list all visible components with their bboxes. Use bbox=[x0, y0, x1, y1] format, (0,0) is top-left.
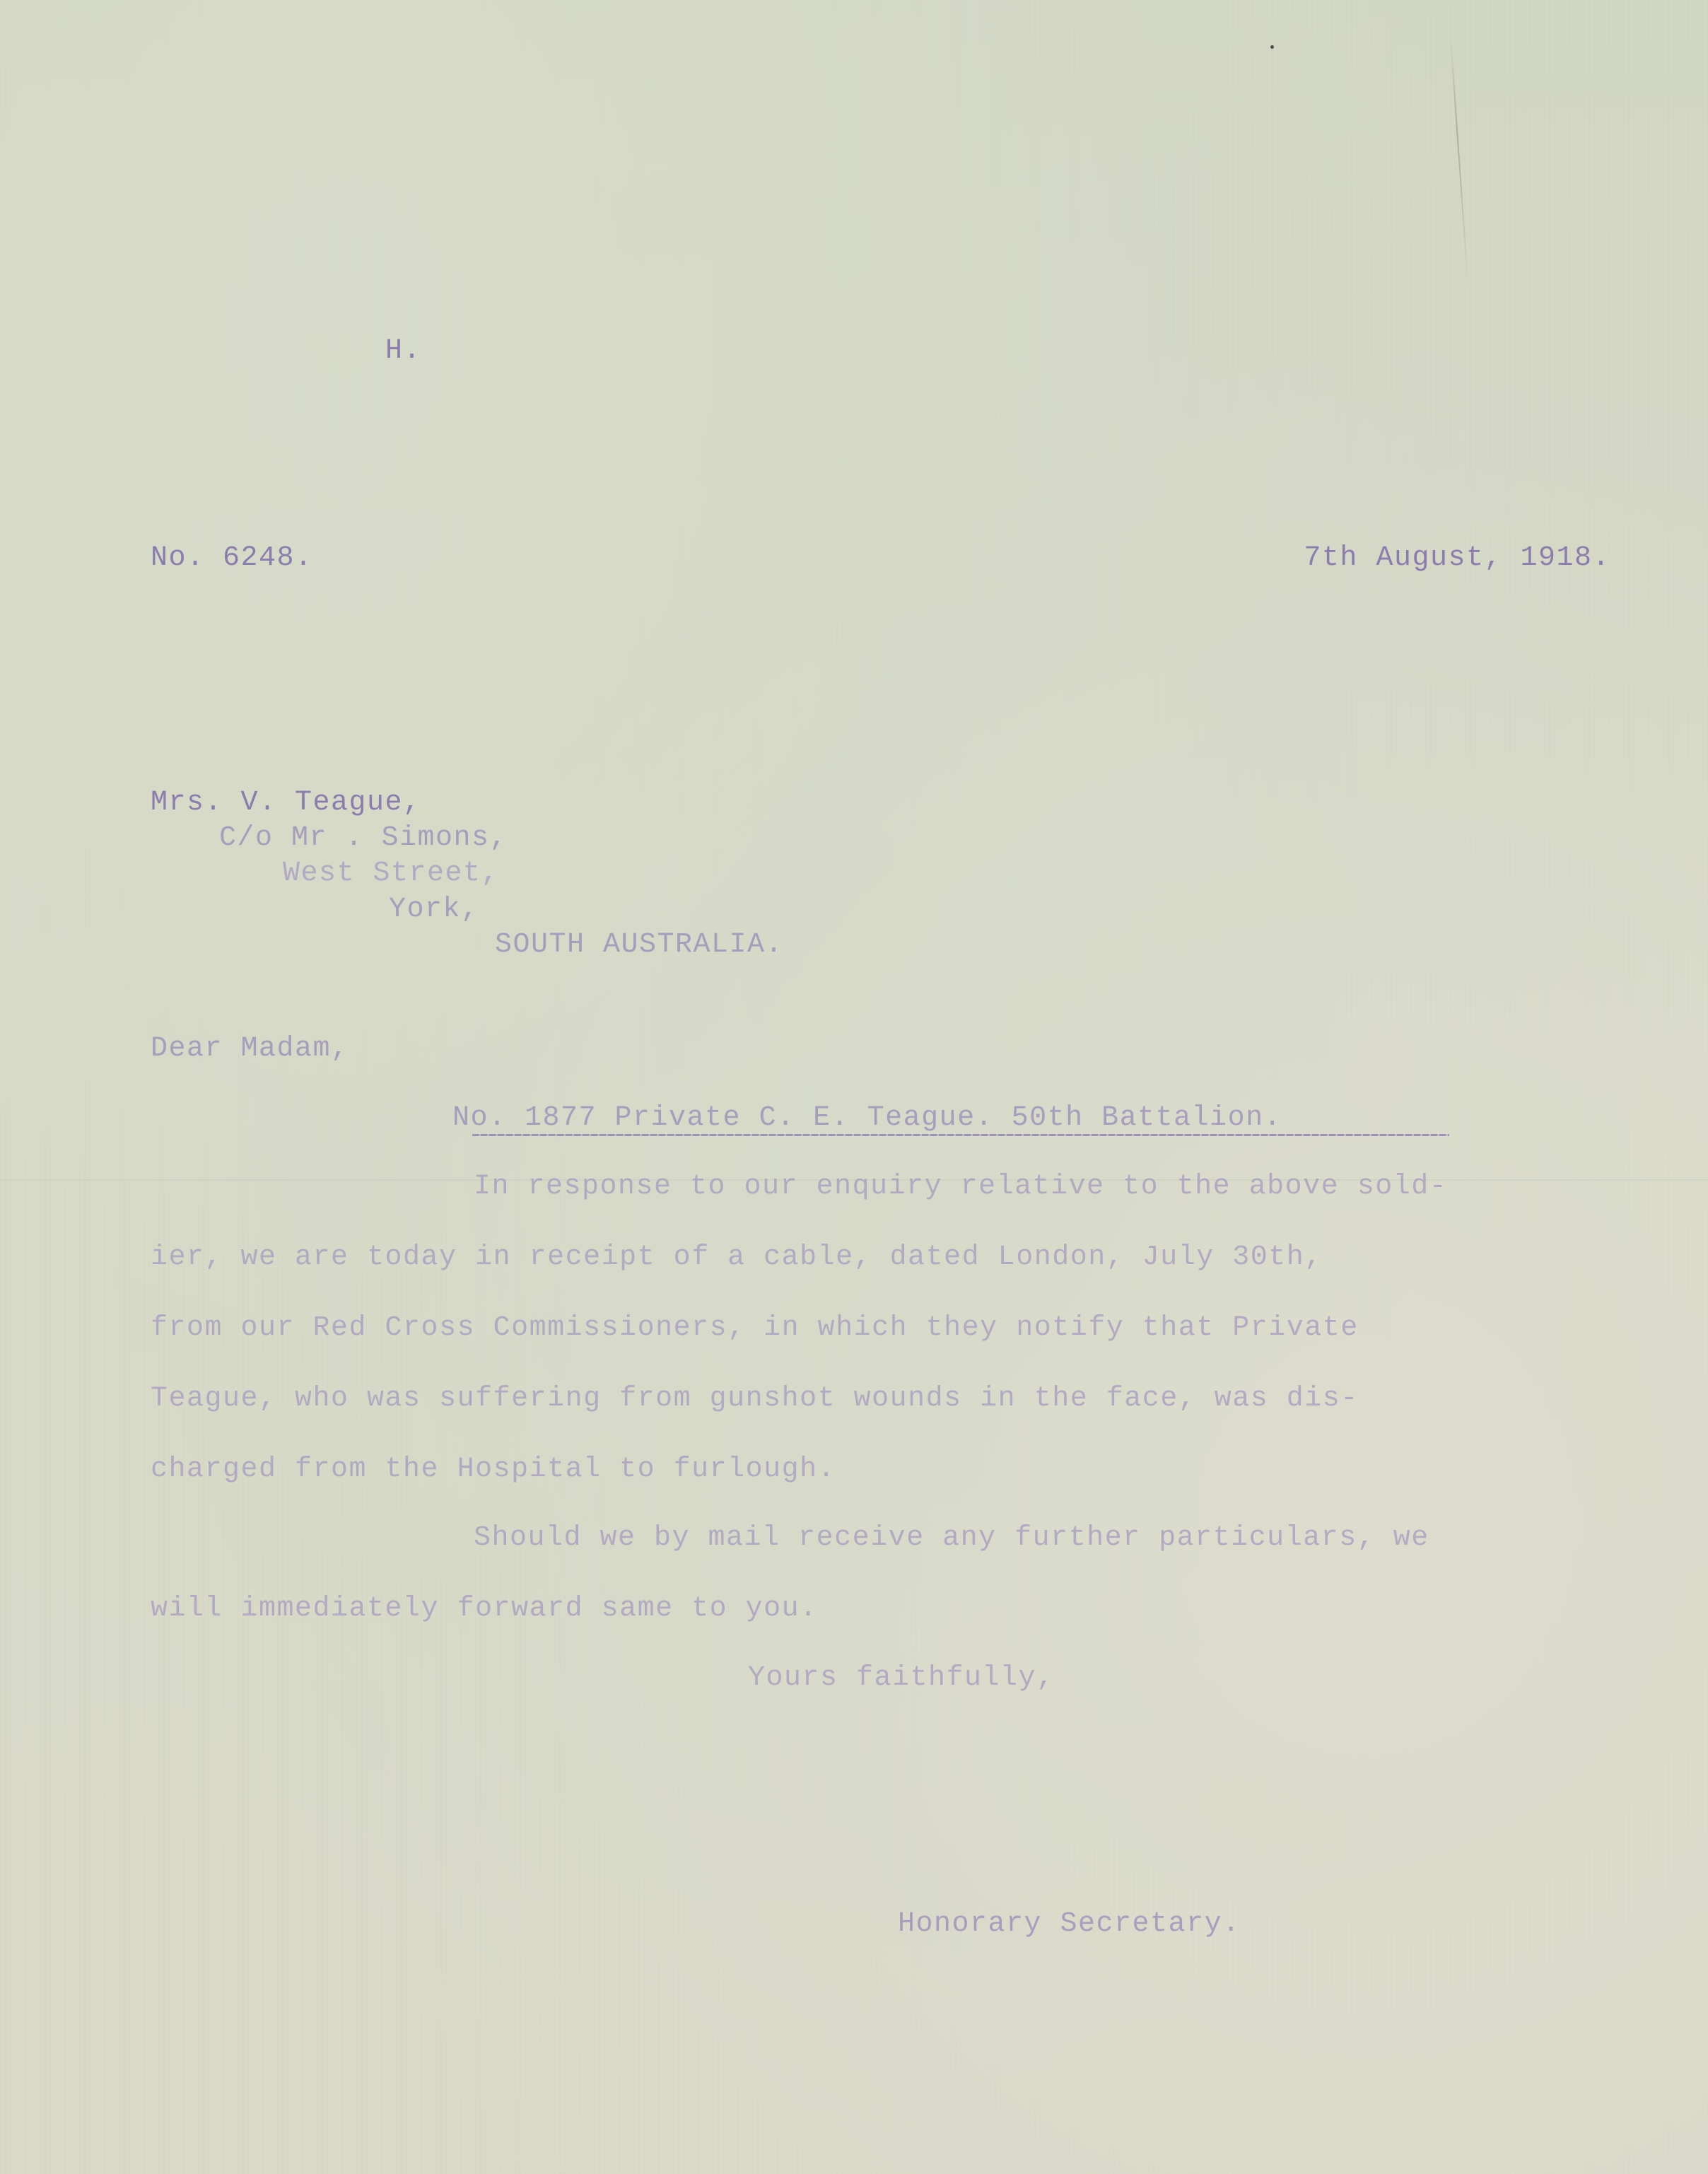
subject-underline bbox=[472, 1134, 1449, 1136]
body-line: ier, we are today in receipt of a cable,… bbox=[151, 1241, 1323, 1275]
recipient-state: SOUTH AUSTRALIA. bbox=[495, 928, 783, 962]
signatory-title: Honorary Secretary. bbox=[898, 1907, 1241, 1941]
body-line: In response to our enquiry relative to t… bbox=[474, 1170, 1447, 1204]
closing: Yours faithfully, bbox=[748, 1661, 1055, 1695]
body-line: Should we by mail receive any further pa… bbox=[474, 1521, 1429, 1555]
body-line: from our Red Cross Commissioners, in whi… bbox=[151, 1311, 1359, 1345]
body-line: will immediately forward same to you. bbox=[151, 1592, 818, 1626]
reference-number: No. 6248. bbox=[151, 542, 313, 575]
salutation: Dear Madam, bbox=[151, 1032, 349, 1066]
letter-date: 7th August, 1918. bbox=[1304, 542, 1610, 575]
recipient-town: York, bbox=[389, 893, 479, 927]
file-mark: H. bbox=[385, 334, 421, 368]
ink-speck bbox=[1270, 45, 1274, 49]
paper-scratch-mark bbox=[1449, 28, 1469, 289]
body-line: Teague, who was suffering from gunshot w… bbox=[151, 1382, 1359, 1416]
subject-line: No. 1877 Private C. E. Teague. 50th Batt… bbox=[452, 1101, 1282, 1135]
recipient-street: West Street, bbox=[283, 857, 499, 891]
body-line: charged from the Hospital to furlough. bbox=[151, 1453, 836, 1487]
recipient-name: Mrs. V. Teague, bbox=[151, 786, 421, 820]
recipient-care-of: C/o Mr . Simons, bbox=[219, 822, 508, 855]
